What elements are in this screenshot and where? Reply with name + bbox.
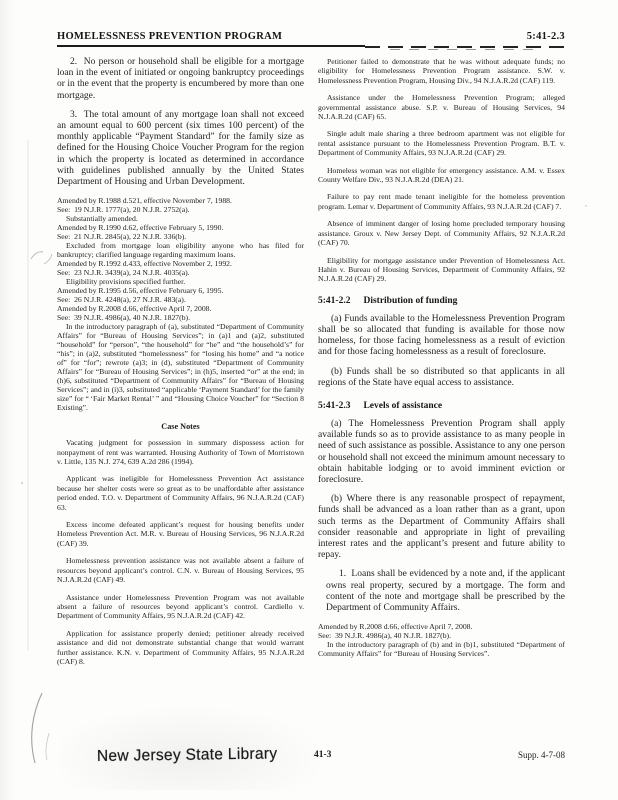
header-rule	[57, 45, 365, 47]
history-line: Amended by R.1990 d.62, effective Februa…	[57, 223, 304, 232]
rule-history-right: Amended by R.2008 d.66, effective April …	[318, 622, 565, 658]
case-note: Homelessness prevention assistance was n…	[57, 556, 304, 584]
paragraph-2: 2. No person or household shall be eligi…	[57, 57, 304, 102]
case-note: Failure to pay rent made tenant ineligib…	[318, 192, 565, 211]
history-line: Substantially amended.	[57, 214, 304, 223]
case-note: Assistance under the Homelessness Preven…	[318, 93, 565, 121]
history-line: See: 39 N.J.R. 4986(a), 40 N.J.R. 1827(b…	[57, 313, 304, 322]
case-note: Assistance under Homelessness Prevention…	[57, 593, 304, 621]
scan-curve-artifact	[46, 733, 49, 760]
case-note: Vacating judgment for possession in summ…	[57, 438, 304, 466]
case-note: Applicant was ineligible for Homelessnes…	[57, 474, 304, 512]
case-note: Petitioner failed to demonstrate that he…	[318, 57, 565, 85]
section-paragraph-a: (a) The Homelessness Prevention Program …	[318, 419, 565, 486]
history-note: In the introductory paragraph of (a), su…	[57, 322, 304, 412]
scan-curve-artifact	[32, 693, 42, 763]
history-line: Amended by R.2008 d.66, effective April …	[318, 622, 565, 631]
case-note: Excess income defeated applicant’s reque…	[57, 520, 304, 548]
section-number: 5:41-2.3	[318, 401, 350, 411]
speck-artifact	[21, 482, 23, 484]
section-paragraph-b: (b) Funds shall be so distributed so tha…	[318, 367, 565, 389]
case-note: Absence of imminent danger of losing hom…	[318, 219, 565, 247]
rule-history-left: Amended by R.1988 d.521, effective Novem…	[57, 196, 304, 412]
right-column: Petitioner failed to demonstrate that he…	[318, 57, 565, 658]
section-subitem-1: 1. Loans shall be evidenced by a note an…	[326, 569, 565, 614]
history-line: See: 19 N.J.R. 1777(a), 20 N.J.R. 2752(a…	[57, 205, 304, 214]
section-title: Distribution of funding	[363, 296, 457, 306]
history-line: Amended by R.1988 d.521, effective Novem…	[57, 196, 304, 205]
header-rule-broken	[365, 46, 565, 48]
case-note: Homeless woman was not eligible for emer…	[318, 166, 565, 185]
case-note: Eligibility for mortgage assistance unde…	[318, 256, 565, 284]
page-number: 41-3	[314, 750, 331, 760]
supplement-date: Supp. 4-7-08	[518, 750, 565, 760]
section-heading-5-41-2-2: 5:41-2.2Distribution of funding	[318, 296, 565, 306]
history-line: See: 23 N.J.R. 3439(a), 24 N.J.R. 4035(a…	[57, 268, 304, 277]
history-line: Amended by R.1995 d.56, effective Februa…	[57, 286, 304, 295]
page-header: HOMELESSNESS PREVENTION PROGRAM 5:41-2.3	[57, 31, 565, 42]
left-column: 2. No person or household shall be eligi…	[57, 57, 304, 674]
section-paragraph-b: (b) Where there is any reasonable prospe…	[318, 494, 565, 561]
section-heading-5-41-2-3: 5:41-2.3Levels of assistance	[318, 401, 565, 411]
case-note: Application for assistance properly deni…	[57, 629, 304, 667]
speck-artifact	[585, 205, 586, 206]
header-rule-artifact	[390, 49, 540, 50]
history-note: In the introductory paragraph of (b) and…	[318, 640, 565, 658]
document-page: HOMELESSNESS PREVENTION PROGRAM 5:41-2.3…	[0, 0, 618, 800]
history-line: See: 39 N.J.R. 4986(a), 40 N.J.R. 1827(b…	[318, 631, 565, 640]
case-note: Single adult male sharing a three bedroo…	[318, 129, 565, 157]
paragraph-3: 3. The total amount of any mortgage loan…	[57, 110, 304, 188]
running-title: HOMELESSNESS PREVENTION PROGRAM	[57, 31, 282, 42]
library-stamp: New Jersey State Library	[97, 745, 278, 766]
history-line: Excluded from mortgage loan eligibility …	[57, 241, 304, 259]
history-line: See: 26 N.J.R. 4248(a), 27 N.J.R. 483(a)…	[57, 295, 304, 304]
pen-mark-artifact	[44, 254, 52, 264]
section-title: Levels of assistance	[363, 401, 442, 411]
pen-mark-artifact	[31, 252, 43, 259]
scan-smudge	[60, 700, 340, 790]
case-notes-heading: Case Notes	[57, 422, 304, 431]
header-section-ref: 5:41-2.3	[527, 31, 565, 42]
section-number: 5:41-2.2	[318, 296, 350, 306]
history-line: Amended by R.1992 d.433, effective Novem…	[57, 259, 304, 268]
section-paragraph-a: (a) Funds available to the Homelessness …	[318, 314, 565, 359]
history-line: Eligibility provisions specified further…	[57, 277, 304, 286]
history-line: Amended by R.2008 d.66, effective April …	[57, 304, 304, 313]
history-line: See: 21 N.J.R. 2845(a), 22 N.J.R. 336(b)…	[57, 232, 304, 241]
